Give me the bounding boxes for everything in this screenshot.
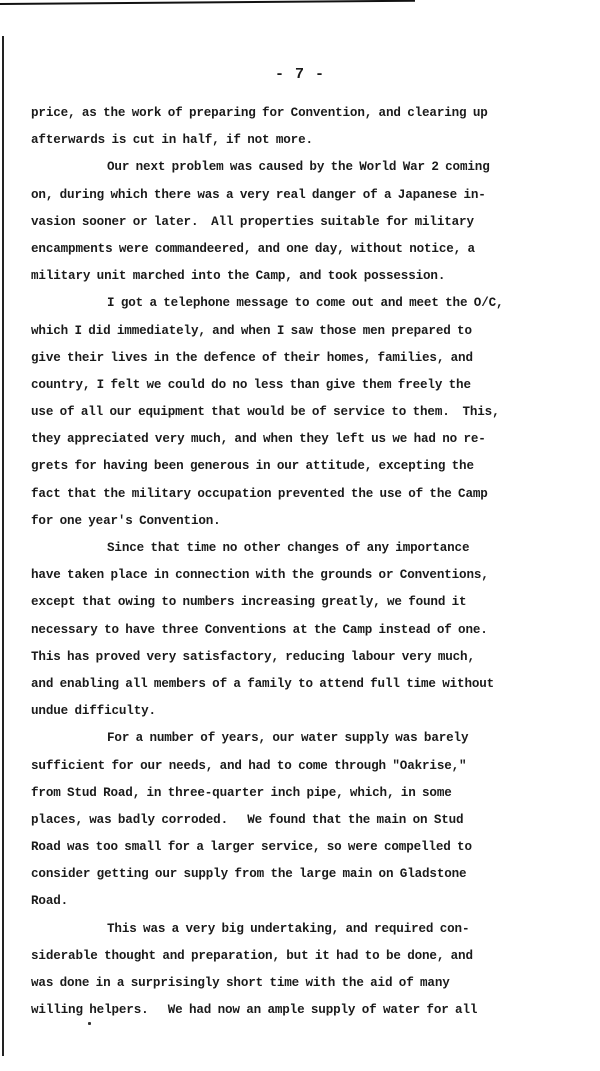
left-border-rule [2, 36, 4, 1056]
ink-speck [88, 1022, 91, 1025]
text-line: give their lives in the defence of their… [31, 345, 591, 372]
text-line: encampments were commandeered, and one d… [31, 236, 591, 263]
text-line: was done in a surprisingly short time wi… [31, 970, 591, 997]
text-line: and enabling all members of a family to … [31, 671, 591, 698]
text-line: they appreciated very much, and when the… [31, 426, 591, 453]
text-line: This was a very big undertaking, and req… [31, 916, 591, 943]
text-line: Road was too small for a larger service,… [31, 834, 591, 861]
text-line: For a number of years, our water supply … [31, 725, 591, 752]
text-line: afterwards is cut in half, if not more. [31, 127, 591, 154]
text-line: on, during which there was a very real d… [31, 182, 591, 209]
text-line: which I did immediately, and when I saw … [31, 318, 591, 345]
text-line: country, I felt we could do no less than… [31, 372, 591, 399]
text-line: use of all our equipment that would be o… [31, 399, 591, 426]
top-border-rule [0, 0, 415, 5]
text-line: sufficient for our needs, and had to com… [31, 753, 591, 780]
text-line: Since that time no other changes of any … [31, 535, 591, 562]
text-line: from Stud Road, in three-quarter inch pi… [31, 780, 591, 807]
text-line: willing helpers. We had now an ample sup… [31, 997, 591, 1024]
text-line: have taken place in connection with the … [31, 562, 591, 589]
text-line: undue difficulty. [31, 698, 591, 725]
text-line: for one year's Convention. [31, 508, 591, 535]
text-line: except that owing to numbers increasing … [31, 589, 591, 616]
document-body: price, as the work of preparing for Conv… [31, 100, 591, 1024]
text-line: grets for having been generous in our at… [31, 453, 591, 480]
text-line: price, as the work of preparing for Conv… [31, 100, 591, 127]
text-line: I got a telephone message to come out an… [31, 290, 591, 317]
text-line: consider getting our supply from the lar… [31, 861, 591, 888]
page-number: - 7 - [0, 66, 600, 83]
text-line: necessary to have three Conventions at t… [31, 617, 591, 644]
text-line: vasion sooner or later. All properties s… [31, 209, 591, 236]
text-line: Road. [31, 888, 591, 915]
text-line: places, was badly corroded. We found tha… [31, 807, 591, 834]
text-line: Our next problem was caused by the World… [31, 154, 591, 181]
text-line: siderable thought and preparation, but i… [31, 943, 591, 970]
text-line: military unit marched into the Camp, and… [31, 263, 591, 290]
text-line: fact that the military occupation preven… [31, 481, 591, 508]
text-line: This has proved very satisfactory, reduc… [31, 644, 591, 671]
